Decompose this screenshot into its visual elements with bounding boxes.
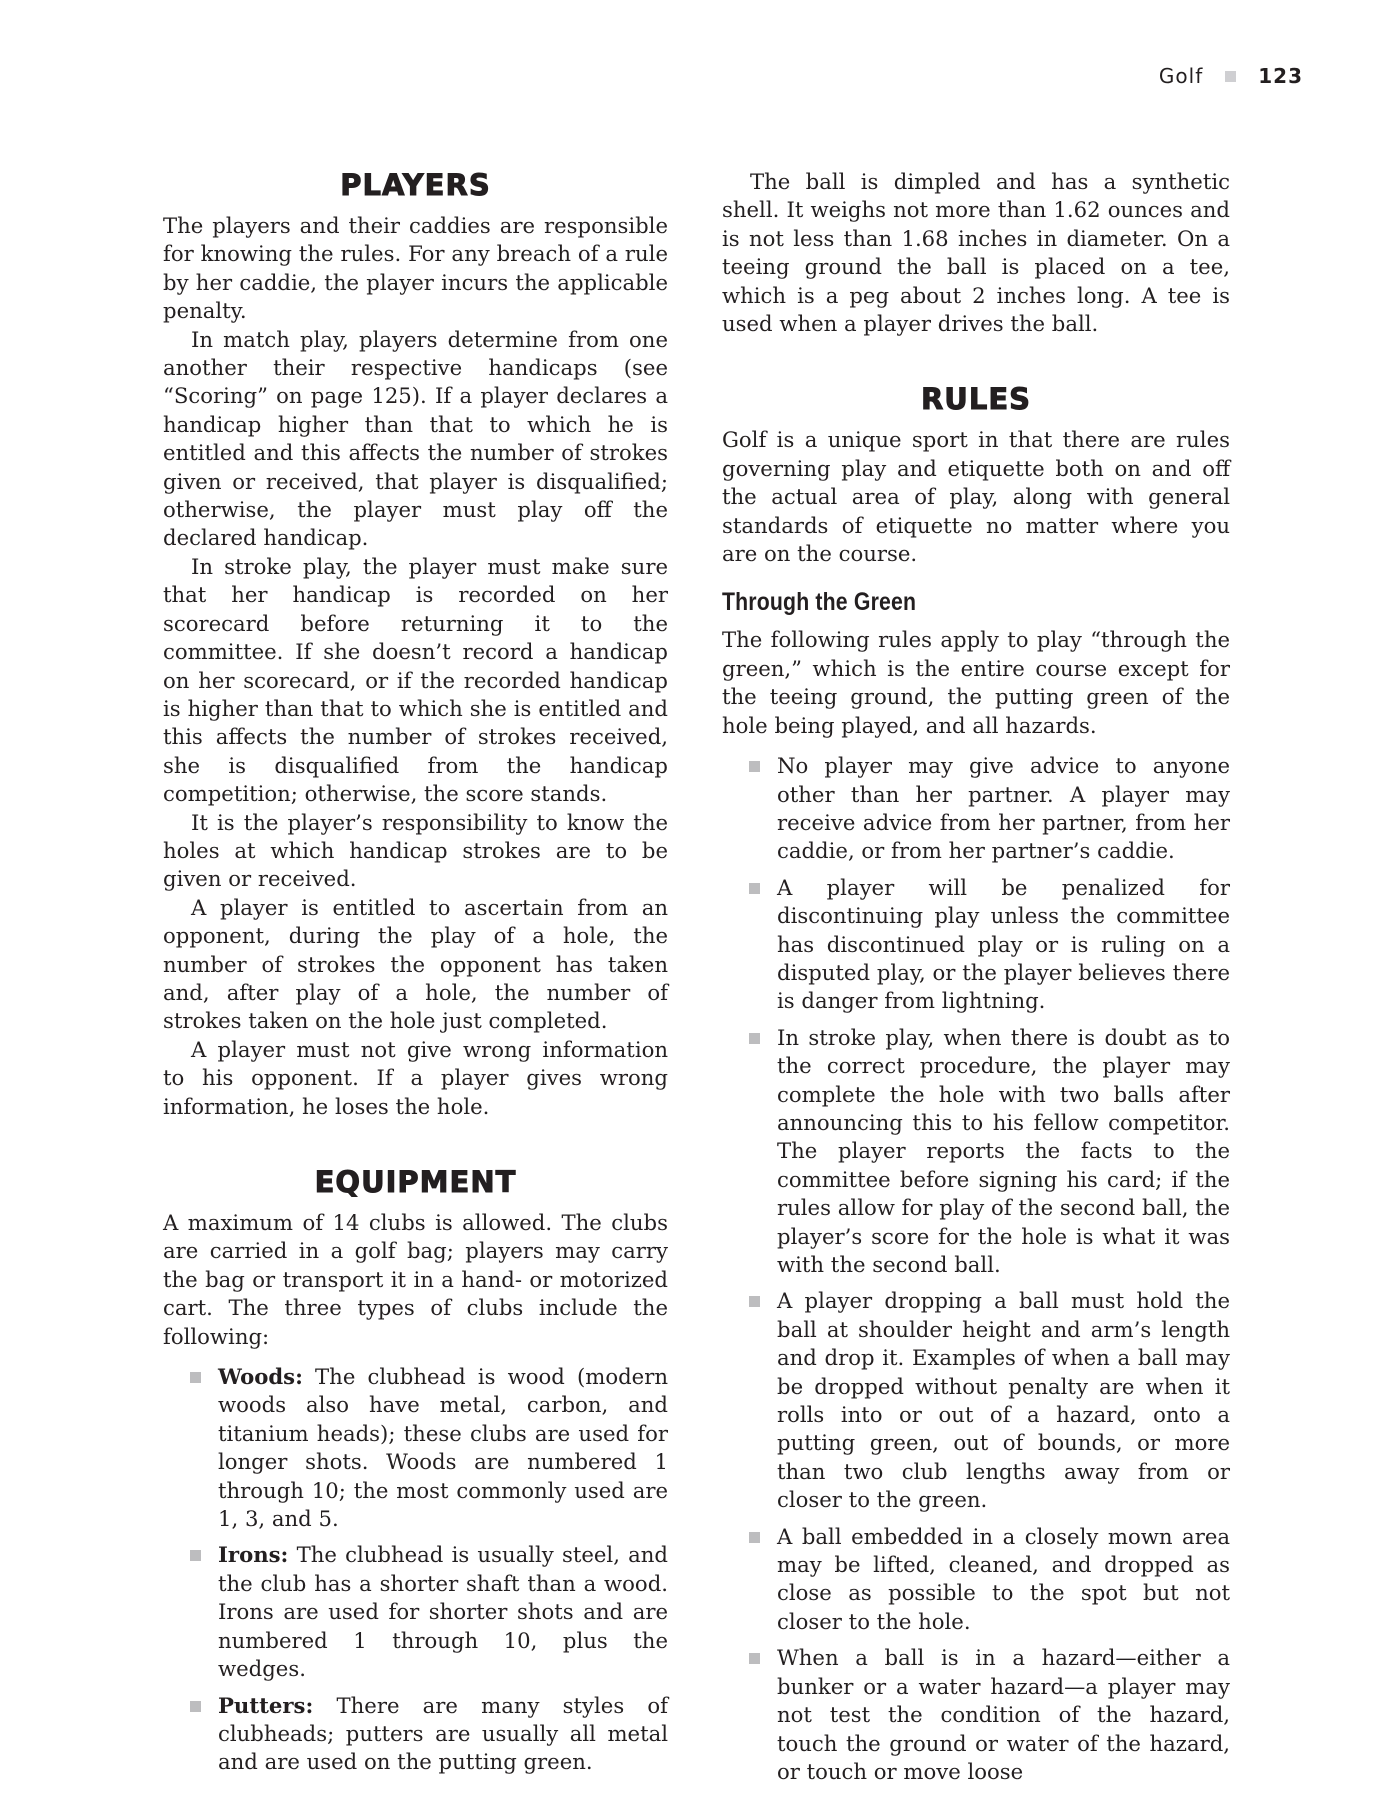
players-paragraph: A player must not give wrong information… <box>163 1036 668 1121</box>
list-item: A player dropping a ball must hold the b… <box>777 1287 1230 1514</box>
equipment-section: EQUIPMENT A maximum of 14 clubs is allow… <box>163 1165 668 1777</box>
list-item: A player will be penalized for discontin… <box>777 874 1230 1016</box>
list-item-irons: Irons: The clubhead is usually steel, an… <box>218 1541 668 1683</box>
term-label: Irons: <box>218 1542 288 1567</box>
players-paragraph: It is the player’s responsibility to kno… <box>163 809 668 894</box>
square-separator-icon <box>1225 71 1236 82</box>
players-paragraph: In stroke play, the player must make sur… <box>163 553 668 809</box>
players-paragraph: The players and their caddies are respon… <box>163 212 668 326</box>
through-the-green-intro: The following rules apply to play “throu… <box>722 626 1230 740</box>
rules-heading: RULES <box>722 382 1230 416</box>
term-description: The clubhead is wood (modern woods also … <box>218 1364 668 1531</box>
players-paragraph: A player is entitled to ascertain from a… <box>163 894 668 1036</box>
equipment-intro: A maximum of 14 clubs is allowed. The cl… <box>163 1209 668 1351</box>
square-bullet-icon <box>190 1550 201 1561</box>
list-item: No player may give advice to anyone othe… <box>777 752 1230 866</box>
through-the-green-list: No player may give advice to anyone othe… <box>722 752 1230 1786</box>
term-label: Woods: <box>218 1364 303 1389</box>
right-column: The ball is dimpled and has a synthetic … <box>722 168 1230 1794</box>
club-types-list: Woods: The clubhead is wood (modern wood… <box>163 1363 668 1777</box>
list-item-woods: Woods: The clubhead is wood (modern wood… <box>218 1363 668 1533</box>
square-bullet-icon <box>190 1701 201 1712</box>
square-bullet-icon <box>749 1033 760 1044</box>
list-item: In stroke play, when there is doubt as t… <box>777 1024 1230 1280</box>
term-label: Putters: <box>218 1693 313 1718</box>
square-bullet-icon <box>749 1296 760 1307</box>
running-header-section: Golf <box>1159 64 1203 88</box>
ball-paragraph: The ball is dimpled and has a synthetic … <box>722 168 1230 338</box>
list-item: When a ball is in a hazard—either a bunk… <box>777 1644 1230 1786</box>
square-bullet-icon <box>749 1653 760 1664</box>
players-paragraph: In match play, players determine from on… <box>163 326 668 553</box>
rules-intro: Golf is a unique sport in that there are… <box>722 426 1230 568</box>
square-bullet-icon <box>749 761 760 772</box>
left-column: PLAYERS The players and their caddies ar… <box>163 168 668 1785</box>
players-heading: PLAYERS <box>163 168 668 202</box>
square-bullet-icon <box>749 1532 760 1543</box>
running-header: Golf 123 <box>1159 64 1303 88</box>
rules-section: RULES Golf is a unique sport in that the… <box>722 382 1230 1786</box>
page-number: 123 <box>1258 64 1303 88</box>
equipment-heading: EQUIPMENT <box>163 1165 668 1199</box>
list-item-putters: Putters: There are many styles of clubhe… <box>218 1692 668 1777</box>
players-section: PLAYERS The players and their caddies ar… <box>163 168 668 1121</box>
through-the-green-heading: Through the Green <box>722 586 1154 618</box>
list-item: A ball embedded in a closely mown area m… <box>777 1523 1230 1637</box>
square-bullet-icon <box>190 1372 201 1383</box>
square-bullet-icon <box>749 883 760 894</box>
